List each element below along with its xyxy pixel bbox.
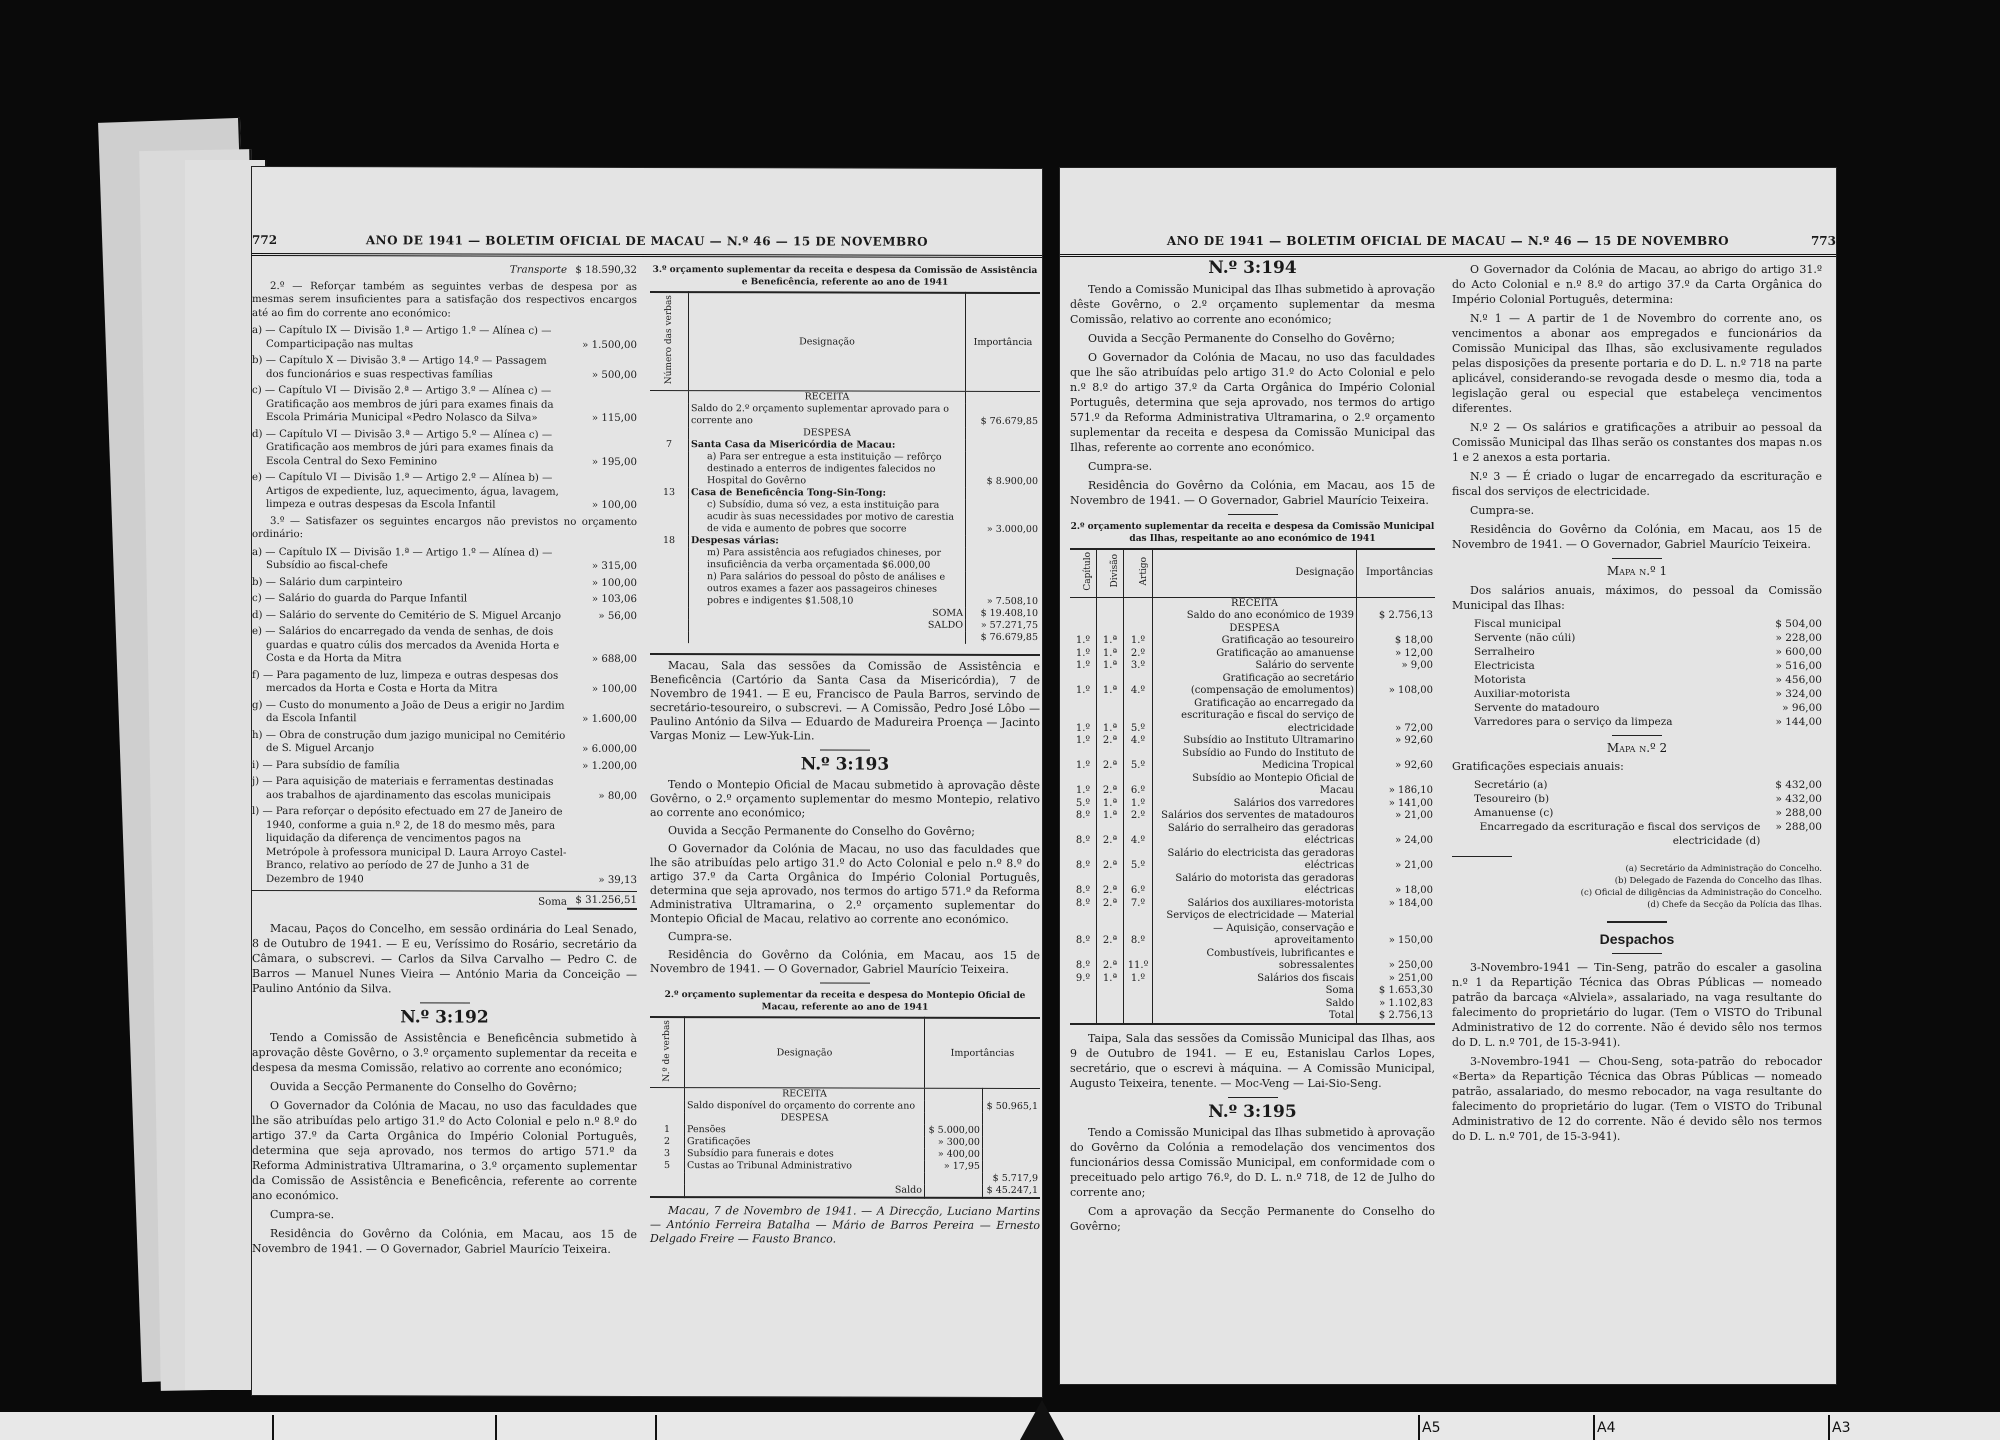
row-subvalue: $1.508,10 (802, 596, 853, 607)
table-cell (650, 1112, 685, 1124)
table-cell (650, 1100, 685, 1112)
table-cell: 5.º (1124, 848, 1153, 873)
item-text: i) — Para subsídio de família (252, 758, 567, 772)
table-cell: Salários dos fiscais (1153, 973, 1357, 986)
table-cell: Gratificação ao encarregado da escritura… (1153, 698, 1357, 736)
item-label: Tesoureiro (b) (1474, 792, 1549, 806)
item-value: » 516,00 (1742, 659, 1822, 673)
table-cell: 2.ª (1097, 873, 1124, 898)
table-row: 1.º1.ª2.ºGratificação ao amanuense» 12,0… (1070, 648, 1435, 661)
divider (1228, 1097, 1278, 1098)
paragraph: Cumpra-se. (1452, 503, 1822, 518)
table-row: a) Para ser entregue a esta instituição … (650, 451, 1040, 488)
table-cell: RECEITA (1153, 597, 1357, 610)
mapa1-intro: Dos salários anuais, máximos, do pessoal… (1452, 583, 1822, 613)
table-row: Saldo» 1.102,83 (1070, 998, 1435, 1011)
doc-3194-body: Tendo a Comissão Municipal das Ilhas sub… (1070, 282, 1435, 508)
table2-caption: 2.º orçamento suplementar da receita e d… (650, 989, 1040, 1014)
table-cell: DESPESA (685, 1112, 925, 1125)
list-item: Tesoureiro (b)» 432,00 (1452, 792, 1822, 806)
table-cell: 1.º (1070, 735, 1097, 748)
item-label: Amanuense (c) (1474, 806, 1553, 820)
table-cell: 8.º (1070, 823, 1097, 848)
closing-paragraph-1: Macau, Sala das sessões da Comissão de A… (650, 653, 1040, 744)
item-value: » 1.200,00 (567, 759, 637, 773)
list-item: Servente (não cúli)» 228,00 (1452, 631, 1822, 645)
table-row: 9.º1.ª1.ºSalários dos fiscais» 251,00 (1070, 973, 1435, 986)
item-value: » 228,00 (1742, 631, 1822, 645)
divider (1612, 735, 1662, 736)
paragraph: Tendo a Comissão Municipal das Ilhas sub… (1070, 1125, 1435, 1200)
item-label: Auxiliar-motorista (1474, 687, 1570, 701)
table-cell (966, 488, 1041, 500)
table-cell (966, 548, 1041, 572)
table-cell: 5.º (1124, 748, 1153, 773)
strip-tick (1418, 1415, 1420, 1440)
table-cell: Saldo do ano económico de 1939 (1153, 610, 1357, 623)
list-item: Varredores para o serviço da limpeza» 14… (1452, 715, 1822, 729)
table-cell (689, 631, 966, 644)
list-item: d) — Salário do servente do Cemitério de… (252, 608, 637, 623)
table-row: 8.º2.ª4.ºSalário do serralheiro das gera… (1070, 823, 1435, 848)
item-label: Servente (não cúli) (1474, 631, 1575, 645)
item-text: a) — Capítulo IX — Divisão 1.ª — Artigo … (252, 324, 567, 352)
table-cell: » 1.102,83 (1357, 998, 1436, 1011)
item-label: Serralheiro (1474, 645, 1535, 659)
table-cell: » 57.271,75 (966, 620, 1041, 632)
row-text: c) Subsídio, duma só vez, a esta institu… (707, 499, 954, 535)
table-cell (650, 1088, 685, 1101)
paragraph: Tendo o Montepio Oficial de Macau submet… (650, 778, 1040, 821)
table-comissao-ilhas: Capítulo Divisão Artigo Designação Impor… (1070, 548, 1435, 1025)
item-value: » 103,06 (567, 593, 637, 607)
table-cell: 2.º (1124, 810, 1153, 823)
closing-paragraph: Taipa, Sala das sessões da Comissão Muni… (1070, 1031, 1435, 1091)
table-row: Saldo do ano económico de 1939$ 2.756,13 (1070, 610, 1435, 623)
paragraph-2: 2.º — Reforçar também as seguintes verba… (252, 279, 637, 321)
list-item: Serralheiro» 600,00 (1452, 645, 1822, 659)
table-row: RECEITA (650, 1088, 1040, 1102)
item-value: » 144,00 (1742, 715, 1822, 729)
doc-3192-body: Tendo a Comissão de Assistência e Benefi… (252, 1030, 637, 1257)
table-cell: $ 2.756,13 (1357, 1010, 1436, 1024)
table-cell: 6.º (1124, 773, 1153, 798)
table-row: Total$ 2.756,13 (1070, 1010, 1435, 1024)
table-cell: 1.º (1070, 635, 1097, 648)
item-value: » 456,00 (1742, 673, 1822, 687)
table-cell: $ 19.408,10 (966, 608, 1041, 620)
table-row: $ 5.717,9 (650, 1172, 1040, 1185)
footnote: (c) Oficial de diligências da Administra… (1452, 887, 1822, 899)
table-cell: » 21,00 (1357, 848, 1436, 873)
table-cell: 2.ª (1097, 910, 1124, 948)
table-cell: » 300,00 (924, 1137, 982, 1149)
item-text: g) — Custo do monumento a João de Deus a… (252, 698, 567, 726)
table-cell (650, 427, 689, 439)
center-arrow-icon (1020, 1400, 1064, 1440)
list-item: b) — Salário dum carpinteiro» 100,00 (252, 575, 637, 590)
table-cell: » 108,00 (1357, 673, 1436, 698)
table-cell (1070, 1010, 1097, 1024)
list-item: j) — Para aquisição de materiais e ferra… (252, 775, 637, 803)
table-cell (650, 571, 689, 607)
item-label: Fiscal municipal (1474, 617, 1561, 631)
list-item: a) — Capítulo IX — Divisão 1.ª — Artigo … (252, 324, 637, 352)
paragraph: Com a aprovação da Secção Permanente do … (1070, 1204, 1435, 1234)
item-value: » 288,00 (1742, 806, 1822, 820)
table-cell: 1.ª (1097, 635, 1124, 648)
table-cell: 5 (650, 1160, 685, 1172)
strip-marker: A4 (1597, 1420, 1615, 1436)
table-cell (982, 1161, 1040, 1173)
left-column-2: 3.º orçamento suplementar da receita e d… (650, 264, 1040, 1251)
table-cell (1097, 1010, 1124, 1024)
closing-paragraph: Macau, Paços do Concelho, em sessão ordi… (252, 920, 637, 996)
table-cell: » 251,00 (1357, 973, 1436, 986)
table-row: DESPESA (650, 427, 1040, 440)
table-cell: 1 (650, 1124, 685, 1136)
table-row: 1.º2.ª5.ºSubsídio ao Fundo do Instituto … (1070, 748, 1435, 773)
table-cell (1097, 998, 1124, 1011)
table-cell: 1.ª (1097, 798, 1124, 811)
paragraph: N.º 3 — É criado o lugar de encarregado … (1452, 469, 1822, 499)
item-text: c) — Capítulo VI — Divisão 2.ª — Artigo … (252, 384, 567, 425)
item-text: f) — Para pagamento de luz, limpeza e ou… (252, 668, 567, 696)
table-cell: Salário do electricista das geradoras el… (1153, 848, 1357, 873)
table-cell: Pensões (685, 1124, 925, 1137)
table-cell (982, 1125, 1040, 1137)
footnote: (d) Chefe da Secção da Polícia das Ilhas… (1452, 899, 1822, 911)
table-row: m) Para assistência aos refugiados chine… (650, 547, 1040, 572)
table-cell: Salários dos varredores (1153, 798, 1357, 811)
item-text: j) — Para aquisição de materiais e ferra… (252, 775, 567, 803)
table-row: 1.º1.ª3.ºSalário do servente» 9,00 (1070, 660, 1435, 673)
table-cell: Salário do servente (1153, 660, 1357, 673)
table-cell (1070, 998, 1097, 1011)
left-column-1: Transporte $ 18.590,32 2.º — Reforçar ta… (252, 263, 637, 1261)
strip-tick (495, 1415, 497, 1440)
table-cell: 1.ª (1097, 648, 1124, 661)
table-cell: Subsídio para funerais e dotes (685, 1148, 925, 1161)
doc-number-3195: N.º 3:195 (1070, 1106, 1435, 1120)
items-list-3: a) — Capítulo IX — Divisão 1.ª — Artigo … (252, 545, 637, 887)
table-cell (982, 1137, 1040, 1149)
table-cell: 8.º (1070, 948, 1097, 973)
table-cell: 8.º (1070, 848, 1097, 873)
table-cell: Saldo (1153, 998, 1357, 1011)
table-cell: $ 50.965,1 (982, 1101, 1040, 1113)
ornament-divider (1607, 921, 1667, 923)
table-cell (1097, 623, 1124, 636)
list-item: Electricista» 516,00 (1452, 659, 1822, 673)
table-cell: $ 2.756,13 (1357, 610, 1436, 623)
item-value: » 195,00 (567, 455, 637, 469)
footnote: (b) Delegado de Fazenda do Concelho das … (1452, 875, 1822, 887)
table-cell: » 9,00 (1357, 660, 1436, 673)
table-cell (650, 499, 689, 535)
table-cell: » 250,00 (1357, 948, 1436, 973)
list-item: c) — Salário do guarda do Parque Infanti… (252, 592, 637, 607)
item-value: » 324,00 (1742, 687, 1822, 701)
mapa1-title: Mapa n.º 1 (1452, 565, 1822, 579)
paragraph: Residência do Govêrno da Colónia, em Mac… (1452, 522, 1822, 552)
film-strip (0, 1412, 2000, 1440)
table-cell (924, 1173, 982, 1185)
table-cell: Custas ao Tribunal Administrativo (685, 1160, 925, 1173)
table-cell: 7 (650, 439, 689, 451)
table-cell: 1.º (1070, 660, 1097, 673)
table-cell (924, 1101, 982, 1113)
item-label: Encarregado da escrituração e fiscal dos… (1474, 820, 1760, 848)
item-label: Varredores para o serviço da limpeza (1474, 715, 1673, 729)
table-row: $ 76.679,85 (650, 631, 1040, 644)
table-row: 1Pensões$ 5.000,00 (650, 1124, 1040, 1137)
table-row: n) Para salários do pessoal do pôsto de … (650, 571, 1040, 608)
table-cell: » 7.508,10 (966, 572, 1041, 608)
table-row: 2Gratificações» 300,00 (650, 1136, 1040, 1149)
item-value: $ 432,00 (1742, 778, 1822, 792)
table-cell: 1.º (1124, 635, 1153, 648)
table-cell: RECEITA (689, 391, 966, 404)
table-cell: $ 76.679,85 (966, 632, 1041, 644)
table-row: 1.º1.ª5.ºGratificação ao encarregado da … (1070, 698, 1435, 736)
table-row: 8.º2.ª8.ºServiços de electricidade — Mat… (1070, 910, 1435, 948)
despachos-list: 3-Novembro-1941 — Tin-Seng, patrão do es… (1452, 960, 1822, 1144)
item-value: » 432,00 (1742, 792, 1822, 806)
table-cell: Gratificação ao tesoureiro (1153, 635, 1357, 648)
page-header: 772 ANO DE 1941 — BOLETIM OFICIAL DE MAC… (252, 233, 1042, 258)
table-cell (982, 1113, 1040, 1125)
table-cell: Salário do serralheiro das geradoras elé… (1153, 823, 1357, 848)
row-text: a) Para ser entregue a esta instituição … (707, 451, 942, 486)
table-cell: Saldo disponível do orçamento do corrent… (685, 1100, 925, 1113)
divider (820, 982, 870, 983)
table3-caption: 2.º orçamento suplementar da receita e d… (1070, 521, 1435, 545)
table-cell: 5.º (1070, 798, 1097, 811)
paragraph: Residência do Govêrno da Colónia, em Mac… (252, 1226, 637, 1257)
table-cell (1124, 597, 1153, 610)
table-cell: Saldo (685, 1184, 925, 1198)
paragraph: O Governador da Colónia de Macau, no uso… (650, 842, 1040, 927)
table-cell: 13 (650, 487, 689, 499)
list-item: Encarregado da escrituração e fiscal dos… (1452, 820, 1822, 848)
table-row: 7Santa Casa da Misericórdia de Macau: (650, 439, 1040, 452)
table1-caption: 3.º orçamento suplementar da receita e d… (650, 264, 1040, 289)
table-row: Saldo disponível do orçamento do corrent… (650, 1100, 1040, 1113)
table-cell: 2.ª (1097, 823, 1124, 848)
table-cell: 8.º (1070, 873, 1097, 898)
table-cell (1124, 1010, 1153, 1024)
item-value: » 600,00 (1742, 645, 1822, 659)
paragraph: Cumpra-se. (1070, 459, 1435, 474)
paragraph: N.º 2 — Os salários e gratificações a at… (1452, 420, 1822, 465)
table-cell: Santa Casa da Misericórdia de Macau: (689, 439, 966, 452)
list-item: b) — Capítulo X — Divisão 3.ª — Artigo 1… (252, 354, 637, 382)
table-cell: 5.º (1124, 698, 1153, 736)
table-cell (924, 1089, 982, 1102)
item-value: » 288,00 (1760, 820, 1822, 848)
item-label: Motorista (1474, 673, 1526, 687)
paragraph: N.º 1 — A partir de 1 de Novembro do cor… (1452, 311, 1822, 416)
list-item: h) — Obra de construção dum jazigo munic… (252, 728, 637, 756)
table-cell (1097, 610, 1124, 623)
doc-number-3194: N.º 3:194 (1070, 262, 1435, 276)
table-cell: » 184,00 (1357, 898, 1436, 911)
table-row: 5.º1.ª1.ºSalários dos varredores» 141,00 (1070, 798, 1435, 811)
table-row: Saldo do 2.º orçamento suplementar aprov… (650, 403, 1040, 428)
table-cell: Gratificações (685, 1136, 925, 1149)
table-cell: » 141,00 (1357, 798, 1436, 811)
item-value: » 100,00 (567, 576, 637, 590)
table-cell: Soma (1153, 985, 1357, 998)
table-cell: 4.º (1124, 673, 1153, 698)
item-text: b) — Capítulo X — Divisão 3.ª — Artigo 1… (252, 354, 567, 382)
table-cell: 1.ª (1097, 698, 1124, 736)
table-cell: 4.º (1124, 735, 1153, 748)
table-row: 8.º2.ª7.ºSalários dos auxiliares-motoris… (1070, 898, 1435, 911)
strip-tick (1593, 1415, 1595, 1440)
table-row: RECEITA (1070, 597, 1435, 610)
table-montepio: N.º de verbas Designação Importâncias RE… (650, 1016, 1040, 1200)
list-item: a) — Capítulo IX — Divisão 1.ª — Artigo … (252, 545, 637, 573)
table-cell: 2.ª (1097, 948, 1124, 973)
item-value: » 6.000,00 (567, 743, 637, 757)
table-cell: 2.ª (1097, 773, 1124, 798)
item-value: » 100,00 (567, 499, 637, 513)
table-cell: $ 76.679,85 (966, 404, 1041, 428)
table-row: 8.º1.ª2.ºSalários dos serventes de matad… (1070, 810, 1435, 823)
table-cell (650, 403, 689, 427)
table-cell: 1.ª (1097, 660, 1124, 673)
table-cell: Casa de Beneficência Tong-Sin-Tong: (689, 487, 966, 500)
table-cell (1070, 610, 1097, 623)
table-cell: 1.ª (1097, 673, 1124, 698)
table-cell: 2.ª (1097, 735, 1124, 748)
table-cell: $ 8.900,00 (966, 452, 1041, 488)
table-row: 1.º2.ª4.ºSubsídio ao Instituto Ultramari… (1070, 735, 1435, 748)
table-cell (685, 1172, 925, 1185)
table-row: DESPESA (650, 1112, 1040, 1125)
mapa2-list: Secretário (a)$ 432,00Tesoureiro (b)» 43… (1452, 778, 1822, 848)
item-label: Electricista (1474, 659, 1535, 673)
divider (1612, 953, 1662, 954)
table-cell: 8.º (1070, 810, 1097, 823)
table-cell: 1.º (1070, 648, 1097, 661)
right-column-2: O Governador da Colónia de Macau, ao abr… (1452, 262, 1822, 1148)
doc-number-3192: N.º 3:192 (252, 1010, 637, 1025)
table-cell: » 72,00 (1357, 698, 1436, 736)
table-cell: » 186,10 (1357, 773, 1436, 798)
item-text: a) — Capítulo IX — Divisão 1.ª — Artigo … (252, 545, 567, 573)
table-cell (1070, 985, 1097, 998)
table-row: DESPESA (1070, 623, 1435, 636)
table-cell: m) Para assistência aos refugiados chine… (689, 547, 966, 572)
table-row: SOMA$ 19.408,10 (650, 607, 1040, 620)
paragraph: Residência do Govêrno da Colónia, em Mac… (650, 948, 1040, 977)
table-row: SALDO» 57.271,75 (650, 619, 1040, 632)
table-cell (1124, 610, 1153, 623)
item-value: » 1.600,00 (567, 713, 637, 727)
table-cell: $ 1.653,30 (1357, 985, 1436, 998)
table-cell: Salários dos auxiliares-motorista (1153, 898, 1357, 911)
paragraph: O Governador da Colónia de Macau, no uso… (252, 1098, 637, 1204)
row-subvalue: $6.000,00 (879, 560, 930, 571)
table-cell (1357, 597, 1436, 610)
table-assistencia: Número das verbas Designação Importância… (650, 291, 1040, 644)
table-cell: 18 (650, 535, 689, 547)
paragraph-3: 3.º — Satisfazer os seguintes encargos n… (252, 514, 637, 542)
mapa2-intro: Gratificações especiais anuais: (1452, 759, 1822, 774)
table-row: c) Subsídio, duma só vez, a esta institu… (650, 499, 1040, 536)
table-cell: Gratificação ao secretário (compensação … (1153, 673, 1357, 698)
table-row: 8.º2.ª5.ºSalário do electricista das ger… (1070, 848, 1435, 873)
doc-number-3193: N.º 3:193 (650, 758, 1040, 773)
table-cell: 11.º (1124, 948, 1153, 973)
list-item: e) — Capítulo VI — Divisão 1.ª — Artigo … (252, 471, 637, 513)
table-cell: 8.º (1124, 910, 1153, 948)
table-cell: » 21,00 (1357, 810, 1436, 823)
header-title: ANO DE 1941 — BOLETIM OFICIAL DE MACAU —… (1060, 234, 1836, 248)
table-row: 1.º1.ª4.ºGratificação ao secretário (com… (1070, 673, 1435, 698)
item-value: » 500,00 (567, 368, 637, 382)
table-cell: 2.ª (1097, 898, 1124, 911)
page-number: 773 (1811, 234, 1836, 248)
strip-tick (272, 1415, 274, 1440)
table-row: 8.º2.ª11.ºCombustíveis, lubrificantes e … (1070, 948, 1435, 973)
paragraph: Tendo a Comissão de Assistência e Benefi… (252, 1030, 637, 1076)
mapa1-list: Fiscal municipal$ 504,00Servente (não cú… (1452, 617, 1822, 729)
table-cell (650, 1184, 685, 1197)
table-cell: 1.ª (1097, 810, 1124, 823)
table-cell: Saldo do 2.º orçamento suplementar aprov… (689, 403, 966, 428)
portaria-body: O Governador da Colónia de Macau, ao abr… (1452, 262, 1822, 552)
table-cell: 2.ª (1097, 748, 1124, 773)
list-item: g) — Custo do monumento a João de Deus a… (252, 698, 637, 726)
divider (1612, 558, 1662, 559)
list-item: l) — Para reforçar o depósito efectuado … (252, 805, 637, 887)
table-cell: SALDO (689, 619, 966, 632)
table-cell: Combustíveis, lubrificantes e sobressale… (1153, 948, 1357, 973)
table-cell: SOMA (689, 607, 966, 620)
table-cell: DESPESA (1153, 623, 1357, 636)
paragraph: Ouvida a Secção Permanente do Conselho d… (252, 1079, 637, 1095)
list-item: Secretário (a)$ 432,00 (1452, 778, 1822, 792)
table-cell (1124, 623, 1153, 636)
item-text: d) — Salário do servente do Cemitério de… (252, 608, 567, 622)
strip-tick (1828, 1415, 1830, 1440)
table-cell: 2 (650, 1136, 685, 1148)
table-cell: 8.º (1070, 910, 1097, 948)
table-cell: c) Subsídio, duma só vez, a esta institu… (689, 499, 966, 536)
table-cell: 1.º (1070, 748, 1097, 773)
table-cell (650, 607, 689, 619)
item-value: » 96,00 (1742, 701, 1822, 715)
divider (820, 750, 870, 751)
table-cell: » 12,00 (1357, 648, 1436, 661)
paragraph: O Governador da Colónia de Macau, ao abr… (1452, 262, 1822, 307)
table-cell: 1.º (1124, 798, 1153, 811)
table-cell (924, 1185, 982, 1198)
table-cell: Subsídio ao Fundo do Instituto de Medici… (1153, 748, 1357, 773)
table-cell (966, 392, 1041, 405)
table-row: Soma$ 1.653,30 (1070, 985, 1435, 998)
item-label: Secretário (a) (1474, 778, 1548, 792)
table-cell: $ 5.000,00 (924, 1125, 982, 1137)
table-cell (650, 391, 689, 404)
paragraph: Cumpra-se. (650, 930, 1040, 945)
table-cell: » 400,00 (924, 1149, 982, 1161)
table-row: 8.º2.ª6.ºSalário do motorista das gerado… (1070, 873, 1435, 898)
